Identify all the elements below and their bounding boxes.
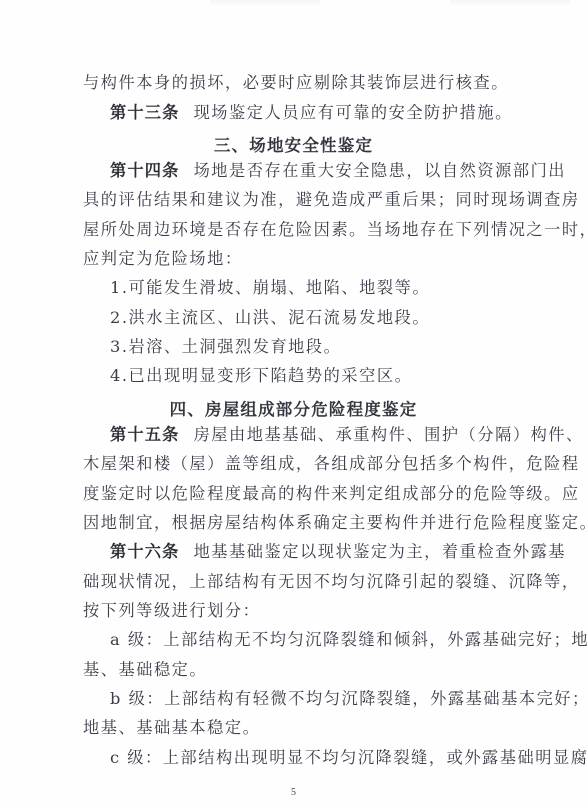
grade-a: a 级：上部结构无不均匀沉降裂缝和倾斜，外露基础完好；地 — [110, 630, 509, 650]
line-text: 度鉴定时以危险程度最高的构件来判定组成部分的危险等级。应 — [83, 484, 580, 503]
line-text: 按下列等级进行划分： — [83, 601, 260, 620]
paragraph-line: 屋所处周边环境是否存在危险因素。当场地存在下列情况之一时， — [83, 220, 509, 240]
line-text: 具的评估结果和建议为准，避免造成严重后果；同时现场调查房 — [83, 190, 580, 209]
article-label: 第十六条 — [110, 542, 180, 561]
paragraph-line: 因地制宜，根据房屋结构体系确定主要构件并进行危险程度鉴定。 — [83, 513, 509, 533]
grade-b: b 级：上部结构有轻微不均匀沉降裂缝，外露基础基本完好； — [110, 689, 509, 709]
article-label: 第十四条 — [110, 161, 180, 180]
article-text: 房屋由地基基础、承重构件、围护（分隔）构件、 — [194, 425, 584, 444]
scan-bleed-through — [210, 0, 320, 6]
paragraph-line: 应判定为危险场地： — [83, 249, 509, 269]
section-heading-4: 四、房屋组成部分危险程度鉴定 — [0, 396, 587, 420]
document-page: 与构件本身的损坏，必要时应剔除其装饰层进行核查。 第十三条现场鉴定人员应有可靠的… — [0, 0, 587, 806]
line-text: 因地制宜，根据房屋结构体系确定主要构件并进行危险程度鉴定。 — [83, 513, 587, 532]
paragraph-line: 度鉴定时以危险程度最高的构件来判定组成部分的危险等级。应 — [83, 484, 509, 504]
list-item-2: 2.洪水主流区、山洪、泥石流易发地段。 — [110, 308, 509, 328]
section-heading-3: 三、场地安全性鉴定 — [0, 132, 587, 156]
line-text: 屋所处周边环境是否存在危险因素。当场地存在下列情况之一时， — [83, 220, 587, 239]
list-item-text: 3.岩溶、土洞强烈发育地段。 — [110, 337, 341, 356]
paragraph-line: 地基、基础基本稳定。 — [83, 718, 509, 738]
grade-c: c 级：上部结构出现明显不均匀沉降裂缝，或外露基础明显腐 — [110, 748, 509, 768]
article-13: 第十三条现场鉴定人员应有可靠的安全防护措施。 — [110, 103, 509, 123]
paragraph-line: 具的评估结果和建议为准，避免造成严重后果；同时现场调查房 — [83, 190, 509, 210]
article-text: 地基基础鉴定以现状鉴定为主，着重检查外露基 — [194, 542, 567, 561]
grade-text: a 级：上部结构无不均匀沉降裂缝和倾斜，外露基础完好；地 — [110, 630, 587, 649]
article-16: 第十六条地基基础鉴定以现状鉴定为主，着重检查外露基 — [110, 542, 509, 562]
line-text: 基、基础稳定。 — [83, 660, 207, 679]
line-text: 与构件本身的损坏，必要时应剔除其装饰层进行核查。 — [83, 73, 509, 92]
list-item-text: 1.可能发生滑坡、崩塌、地陷、地裂等。 — [110, 278, 430, 297]
list-item-1: 1.可能发生滑坡、崩塌、地陷、地裂等。 — [110, 278, 509, 298]
page-number: 5 — [0, 787, 587, 798]
grade-text: c 级：上部结构出现明显不均匀沉降裂缝，或外露基础明显腐 — [110, 748, 587, 767]
paragraph-line: 与构件本身的损坏，必要时应剔除其装饰层进行核查。 — [83, 73, 509, 93]
line-text: 应判定为危险场地： — [83, 249, 243, 268]
line-text: 地基、基础基本稳定。 — [83, 718, 260, 737]
line-text: 础现状情况，上部结构有无因不均匀沉降引起的裂缝、沉降等， — [83, 572, 580, 591]
article-label: 第十五条 — [110, 425, 180, 444]
article-label: 第十三条 — [110, 103, 180, 122]
paragraph-line: 础现状情况，上部结构有无因不均匀沉降引起的裂缝、沉降等， — [83, 572, 509, 592]
paragraph-line: 按下列等级进行划分： — [83, 601, 509, 621]
list-item-text: 4.已出现明显变形下陷趋势的采空区。 — [110, 366, 412, 385]
paragraph-line: 木屋架和楼（屋）盖等组成，各组成部分包括多个构件，危险程 — [83, 454, 509, 474]
list-item-text: 2.洪水主流区、山洪、泥石流易发地段。 — [110, 308, 430, 327]
article-15: 第十五条房屋由地基基础、承重构件、围护（分隔）构件、 — [110, 425, 509, 445]
list-item-4: 4.已出现明显变形下陷趋势的采空区。 — [110, 366, 509, 386]
article-text: 场地是否存在重大安全隐患，以自然资源部门出 — [194, 161, 567, 180]
paragraph-line: 基、基础稳定。 — [83, 660, 509, 680]
list-item-3: 3.岩溶、土洞强烈发育地段。 — [110, 337, 509, 357]
line-text: 木屋架和楼（屋）盖等组成，各组成部分包括多个构件，危险程 — [83, 454, 580, 473]
article-text: 现场鉴定人员应有可靠的安全防护措施。 — [194, 103, 513, 122]
scan-bleed-through — [450, 0, 570, 6]
article-14: 第十四条场地是否存在重大安全隐患，以自然资源部门出 — [110, 161, 509, 181]
grade-text: b 级：上部结构有轻微不均匀沉降裂缝，外露基础基本完好； — [110, 689, 587, 708]
